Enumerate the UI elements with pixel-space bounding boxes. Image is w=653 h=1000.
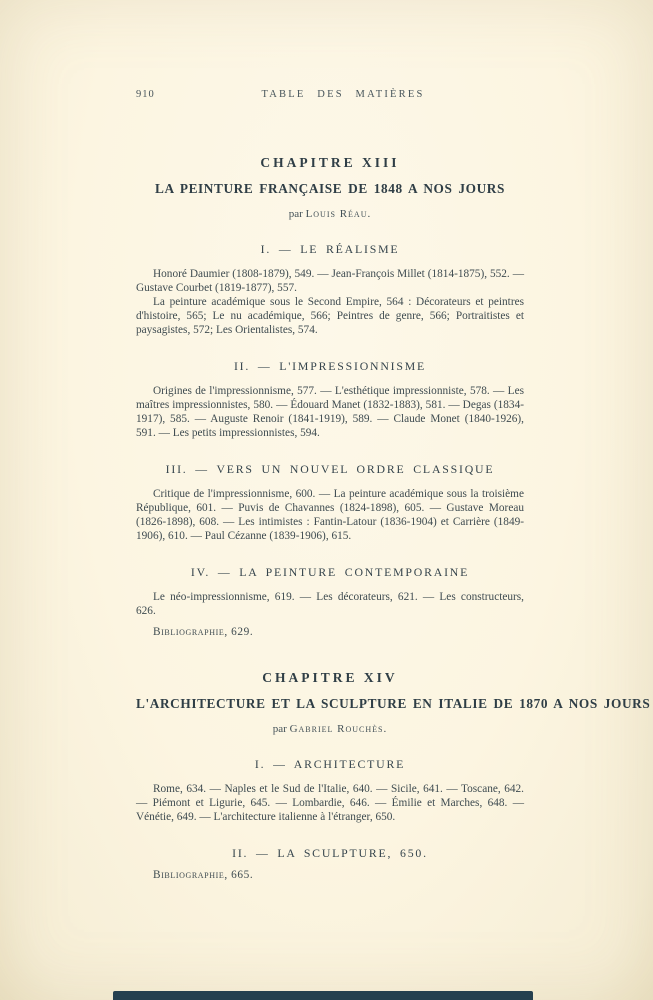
section-impressionnisme-heading: II. — L'IMPRESSIONNISME: [136, 359, 524, 374]
section-architecture-heading: I. — ARCHITECTURE: [136, 757, 524, 772]
running-title: TABLE DES MATIÈRES: [136, 89, 524, 100]
paragraph: Honoré Daumier (1808-1879), 549. — Jean-…: [136, 267, 524, 295]
chapter-14-label: CHAPITRE XIV: [136, 670, 524, 686]
scanned-book-page: 910 TABLE DES MATIÈRES CHAPITRE XIII LA …: [0, 0, 653, 1000]
chapter-14: CHAPITRE XIV L'ARCHITECTURE ET LA SCULPT…: [136, 670, 524, 882]
chapter-13-label: CHAPITRE XIII: [136, 155, 524, 171]
section-realisme-heading: I. — LE RÉALISME: [136, 242, 524, 257]
section-sculpture: II. — LA SCULPTURE, 650. Bibliographie, …: [136, 846, 524, 882]
paragraph: La peinture académique sous le Second Em…: [136, 295, 524, 337]
bibliography-line: Bibliographie, 665.: [136, 868, 524, 882]
section-peinture-contemporaine: IV. — LA PEINTURE CONTEMPORAINE Le néo-i…: [136, 565, 524, 639]
paragraph: Le néo-impressionnisme, 619. — Les décor…: [136, 590, 524, 618]
scan-edge-bar: [113, 991, 533, 1000]
chapter-14-title: L'ARCHITECTURE ET LA SCULPTURE EN ITALIE…: [136, 696, 650, 712]
paragraph: Origines de l'impressionnisme, 577. — L'…: [136, 384, 524, 440]
section-sculpture-heading: II. — LA SCULPTURE, 650.: [136, 846, 524, 861]
section-ordre-classique: III. — VERS UN NOUVEL ORDRE CLASSIQUE Cr…: [136, 462, 524, 543]
section-ordre-classique-heading: III. — VERS UN NOUVEL ORDRE CLASSIQUE: [136, 462, 524, 477]
chapter-13: CHAPITRE XIII LA PEINTURE FRANÇAISE DE 1…: [136, 155, 524, 639]
chapter-13-byline: par Louis Réau.: [136, 208, 524, 220]
section-architecture: I. — ARCHITECTURE Rome, 634. — Naples et…: [136, 757, 524, 824]
section-realisme: I. — LE RÉALISME Honoré Daumier (1808-18…: [136, 242, 524, 337]
section-peinture-contemporaine-heading: IV. — LA PEINTURE CONTEMPORAINE: [136, 565, 524, 580]
section-impressionnisme: II. — L'IMPRESSIONNISME Origines de l'im…: [136, 359, 524, 440]
page-content: 910 TABLE DES MATIÈRES CHAPITRE XIII LA …: [136, 89, 524, 882]
chapter-13-title: LA PEINTURE FRANÇAISE DE 1848 A NOS JOUR…: [155, 181, 505, 197]
author-name: Louis Réau.: [306, 208, 372, 220]
paragraph: Critique de l'impressionnisme, 600. — La…: [136, 487, 524, 543]
bibliography-line: Bibliographie, 629.: [136, 625, 524, 639]
author-name: Gabriel Rouchès.: [290, 723, 388, 735]
byline-prefix: par: [273, 723, 290, 735]
paragraph: Rome, 634. — Naples et le Sud de l'Itali…: [136, 782, 524, 824]
chapter-14-byline: par Gabriel Rouchès.: [136, 723, 524, 735]
running-head: 910 TABLE DES MATIÈRES: [136, 89, 524, 102]
byline-prefix: par: [289, 208, 306, 220]
